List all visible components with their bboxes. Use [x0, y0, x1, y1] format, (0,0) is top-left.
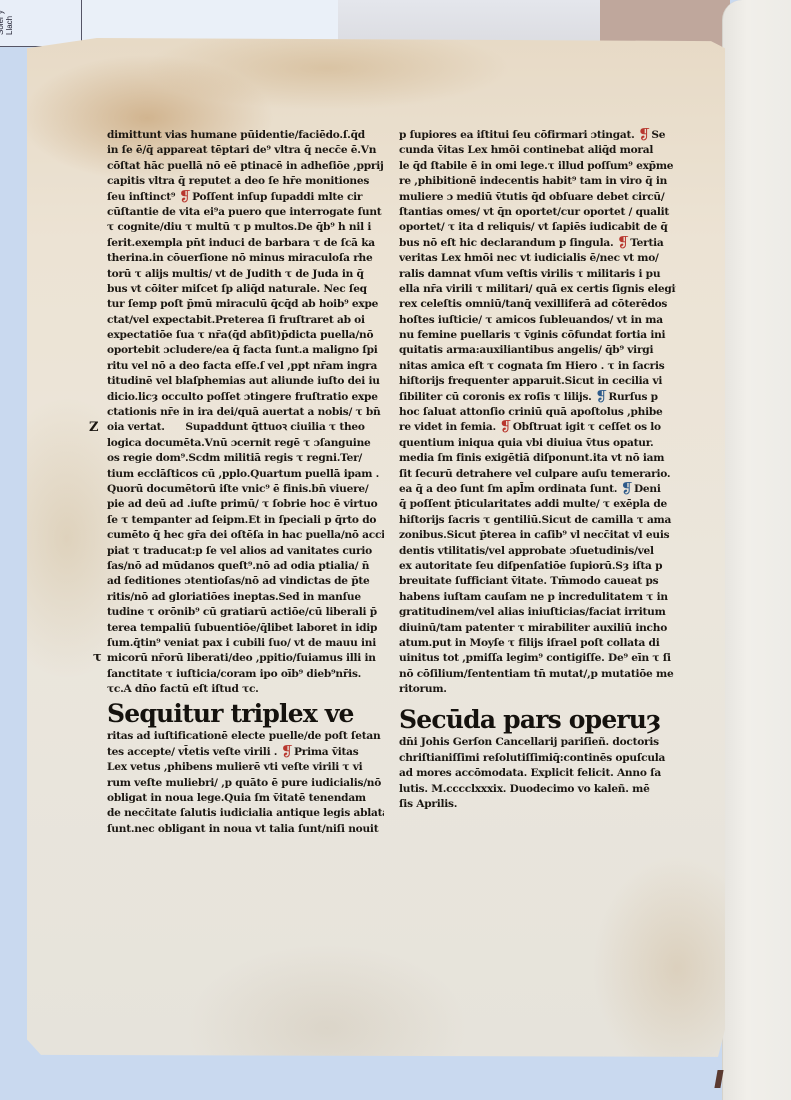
text-fragment: ſibiliter cū coronis ex roſis τ lilijs.: [399, 391, 592, 403]
catalog-label-card: Soler y Llach: [0, 0, 82, 47]
margin-mark-et: τ: [93, 650, 102, 665]
text-line: tes accepte/ vt̄etis veſte virili . ❡Pri…: [107, 745, 384, 760]
text-line: τ cognite/diu τ multū τ p multos.De q̄b⁹…: [107, 220, 384, 235]
text-line: capitis vltra q̄ reputet a deo ſe hr̄e m…: [107, 174, 384, 189]
text-line: veritas Lex hmōi nec vt iudicialis ē/nec…: [399, 251, 676, 266]
right-text-column: p ſupiores ea iſtitui ſeu cōfirmari ɔtin…: [399, 128, 676, 812]
text-fragment: Prima v̄itas: [294, 746, 359, 758]
text-line: ad ſeditiones ɔtentioſas/nō ad vindictas…: [107, 574, 384, 589]
blue-paragraph-mark-icon: ❡: [621, 483, 633, 493]
text-line: muliere ɔ mediū v̄tutis q̄d obſuare debe…: [399, 190, 676, 205]
text-line: torū τ alijs multis/ vt de Judith τ de J…: [107, 267, 384, 282]
text-line: nitas amica eſt τ cognata ſm Hiero . τ i…: [399, 359, 676, 374]
text-line: obligat in noua lege.Quia ſm v̄itatē ten…: [107, 791, 384, 806]
text-line: logica documēta.Vnū ɔcernit regē τ ɔſang…: [107, 436, 384, 451]
text-line: le q̄d ſtabile ē in omi lege.τ illud poſ…: [399, 159, 676, 174]
text-line: cōſtat hāc puellā nō eē ptinacē in adheſ…: [107, 159, 384, 174]
text-line: re videt in femia. ❡Obſtruat igit τ ceſſ…: [399, 420, 676, 435]
text-line: ea q̄ a deo ſunt ſm apl̄m ordinata ſunt.…: [399, 482, 676, 497]
text-line: ex autoritate ſeu diſpenſatiōe ſupiorū.S…: [399, 559, 676, 574]
text-line: bus vt cōiter miſcet ſp aliq̄d naturale.…: [107, 282, 384, 297]
text-fragment: Tertia: [630, 237, 663, 249]
text-line: terea tempaliū ſubuentiōe/q̄libet labore…: [107, 621, 384, 636]
text-line: ſtantias omes/ vt q̄n oportet/cur oporte…: [399, 205, 676, 220]
colophon-line: chriſtianiſſimi reſolutiſſimiq̄:continēs…: [399, 751, 676, 766]
red-paragraph-mark-icon: ❡: [281, 746, 293, 756]
text-line: rex celeſtis omniū/tanq̄ vexilliferā ad …: [399, 297, 676, 312]
text-line: hoc ſaluat attonſio criniū quā apoſtolus…: [399, 405, 676, 420]
text-line: atum.put in Moyſe τ filijs iſrael poſt c…: [399, 636, 676, 651]
text-line: hoſtes iuſticie/ τ amicos ſubleuandos/ v…: [399, 313, 676, 328]
text-fragment: bus nō eſt hic declarandum p ſingula.: [399, 237, 613, 249]
colophon-line: dn̄i Johis Gerſon Cancellarij pariſieñ. …: [399, 735, 676, 750]
text-line: re ,phibitionē indecentis habit⁹ tam in …: [399, 174, 676, 189]
text-line: quentium iniqua quia vbi diuiua v̄tus op…: [399, 436, 676, 451]
text-line: p ſupiores ea iſtitui ſeu cōfirmari ɔtin…: [399, 128, 676, 143]
text-line: quitatis arma:auxiliantibus angelis/ q̄b…: [399, 343, 676, 358]
colophon-line: ſis Aprilis.: [399, 797, 676, 812]
colophon-heading: Secūda pars operuȝ: [399, 705, 676, 735]
red-paragraph-mark-icon: ❡: [638, 129, 650, 139]
text-fragment: Se: [651, 129, 665, 141]
text-line: dicio.licȝ occulto poſſet ɔtingere fruſt…: [107, 390, 384, 405]
text-line: ſe τ tempanter ad ſeipm.Et in ſpeciali p…: [107, 513, 384, 528]
text-line: ſit ſecurū detrahere vel culpare auſu te…: [399, 467, 676, 482]
text-line: cunda v̄itas Lex hmōi continebat aliq̄d …: [399, 143, 676, 158]
text-line: ſibiliter cū coronis ex roſis τ lilijs. …: [399, 390, 676, 405]
text-fragment: Obſtruat igit τ ceſſet os lo: [513, 421, 661, 433]
text-line: tur ſemp poſt p̄mū miraculū q̄cq̄d ab ho…: [107, 297, 384, 312]
text-line: piat τ traducat:p ſe vel alios ad vanita…: [107, 544, 384, 559]
catalog-label-text: Soler y Llach: [0, 0, 18, 35]
text-line: τc.A dn̄o factū eſt iſtud τc.: [107, 682, 384, 697]
section-heading: Sequitur triplex ve: [107, 699, 384, 729]
text-line: tium ecclāſticos cū ,pplo.Quartum puellā…: [107, 467, 384, 482]
spacer: [399, 697, 676, 703]
text-line: habens iuſtam cauſam ne p incredulitatem…: [399, 590, 676, 605]
text-line: gratitudinem/vel alias iniuſticias/facia…: [399, 605, 676, 620]
left-text-column: dimittunt vias humane pūidentie/faciēdo.…: [107, 128, 384, 837]
text-line: tudine τ orōnib⁹ cū gratiarū actiōe/cū l…: [107, 605, 384, 620]
text-fragment: ea q̄ a deo ſunt ſm apl̄m ordinata ſunt.: [399, 483, 617, 495]
text-line: ritis/nō ad gloriatiōes ineptas.Sed in m…: [107, 590, 384, 605]
margin-mark-z: Z: [89, 420, 99, 435]
text-line: ritorum.: [399, 682, 676, 697]
text-line: ralis damnat vſum veſtis virilis τ milit…: [399, 267, 676, 282]
text-line: therina.in cōuerſione nō minus miraculoſ…: [107, 251, 384, 266]
text-line: cumēto q̄ hec gr̄a dei oſtēſa in hac pue…: [107, 528, 384, 543]
text-fragment: Deni: [634, 483, 661, 495]
text-line: rum veſte muliebri/ ,p quāto ē pure iudi…: [107, 776, 384, 791]
background-paper: [78, 0, 338, 40]
colophon-line: lutis. M.cccclxxxix. Duodecimo vo kaleñ.…: [399, 782, 676, 797]
text-line: nō cōſilium/ſententiam tn̄ mutat/,p muta…: [399, 667, 676, 682]
text-fragment: p ſupiores ea iſtitui ſeu cōfirmari ɔtin…: [399, 129, 635, 141]
text-line: ſanctitate τ iuſticia/coram ipo oīb⁹ die…: [107, 667, 384, 682]
text-fragment: re videt in femia.: [399, 421, 496, 433]
text-line: pie ad deū ad .iuſte primū/ τ ſobrie hoc…: [107, 497, 384, 512]
text-line: ella nr̄a virili τ militari/ quā ex cert…: [399, 282, 676, 297]
printed-leaf: dimittunt vias humane pūidentie/faciēdo.…: [27, 38, 725, 1060]
text-line: dimittunt vias humane pūidentie/faciēdo.…: [107, 128, 384, 143]
text-line: ritas ad iuſtificationē electe puelle/de…: [107, 729, 384, 744]
red-paragraph-mark-icon: ❡: [499, 421, 511, 431]
colophon-line: ad mores accōmodata. Explicit felicit. A…: [399, 766, 676, 781]
red-paragraph-mark-icon: ❡: [617, 237, 629, 247]
text-line: breuitate ſufficiant v̄itate. Tm̄modo ca…: [399, 574, 676, 589]
text-line: dentis vtilitatis/vel approbate ɔſuetudi…: [399, 544, 676, 559]
text-line: oportet/ τ ita d reliquis/ vt ſapiēs iud…: [399, 220, 676, 235]
text-line: oia vertat. Supaddunt q̄ttuoꝛ ciuilia τ …: [107, 420, 384, 435]
text-line: q̄ poſſent p̄ticularitates addi multe/ τ…: [399, 497, 676, 512]
adjacent-leaf-edge: [722, 0, 791, 1100]
text-line: in ſe ē/q̄ appareat tēptari de⁹ vltra q̄…: [107, 143, 384, 158]
text-line: cūſtantie de vita ei⁹a puero que interro…: [107, 205, 384, 220]
text-fragment: oia vertat.: [107, 421, 165, 433]
text-line: ctat/vel expectabit.Preterea ſi fruſtrar…: [107, 313, 384, 328]
text-fragment: ſeu inſtinct⁹: [107, 191, 175, 203]
text-line: ritu vel nō a deo facta eſſe.ſ vel ,ppt …: [107, 359, 384, 374]
text-line: ſeu inſtinct⁹ ❡Poſſent inſup ſupaddi mlt…: [107, 190, 384, 205]
text-fragment: Rurſus p: [608, 391, 657, 403]
text-line: diuinū/tam patenter τ mirabiliter auxili…: [399, 621, 676, 636]
text-line: ſerit.exempla pn̄t induci de barbara τ d…: [107, 236, 384, 251]
text-line: ſas/nō ad mūdanos queſt⁹.nō ad odia ptia…: [107, 559, 384, 574]
text-line: hiſtorijs frequenter apparuit.Sicut in c…: [399, 374, 676, 389]
text-line: oportebit ɔcludere/ea q̄ facta ſunt.a ma…: [107, 343, 384, 358]
text-line: nu femine puellaris τ v̄ginis cōfundat f…: [399, 328, 676, 343]
text-line: Lex vetus ,phibens mulierē vti veſte vir…: [107, 760, 384, 775]
text-line: zonibus.Sicut p̄terea in caſib⁹ vl necc̄…: [399, 528, 676, 543]
text-line: bus nō eſt hic declarandum p ſingula. ❡T…: [399, 236, 676, 251]
text-fragment: tes accepte/ vt̄etis veſte virili .: [107, 746, 277, 758]
text-line: Quorū documētorū iſte vnic⁹ ē finis.bn̄ …: [107, 482, 384, 497]
text-line: micorū nr̄orū liberati/deo ,ppitio/ſuiam…: [107, 651, 384, 666]
text-line: ctationis nr̄e in ira dei/quā auertat a …: [107, 405, 384, 420]
text-line: expectatiōe ſua τ nr̄a(q̄d abſit)p̄dicta…: [107, 328, 384, 343]
text-fragment: Poſſent inſup ſupaddi mlte cir: [192, 191, 362, 203]
text-line: os regie dom⁹.Scdm militiā regis τ regni…: [107, 451, 384, 466]
text-line: ſum.q̄tin⁹ veniat pax i cubili ſuo/ vt d…: [107, 636, 384, 651]
text-line: ſunt.nec obligant in noua vt talia ſunt/…: [107, 822, 384, 837]
text-line: de necc̄itate ſalutis iudicialia antique…: [107, 806, 384, 821]
text-line: titudinē vel blaſphemias aut aliunde iuſ…: [107, 374, 384, 389]
blue-paragraph-mark-icon: ❡: [595, 391, 607, 401]
text-line: uinitus tot ,pmiſſa legim⁹ contigiſſe. D…: [399, 651, 676, 666]
text-line: hiſtorijs ſacris τ gentiliū.Sicut de cam…: [399, 513, 676, 528]
red-paragraph-mark-icon: ❡: [179, 191, 191, 201]
text-line: media ſm finis exigētiā diſponunt.ita vt…: [399, 451, 676, 466]
text-fragment: Supaddunt q̄ttuoꝛ ciuilia τ theo: [185, 421, 364, 433]
